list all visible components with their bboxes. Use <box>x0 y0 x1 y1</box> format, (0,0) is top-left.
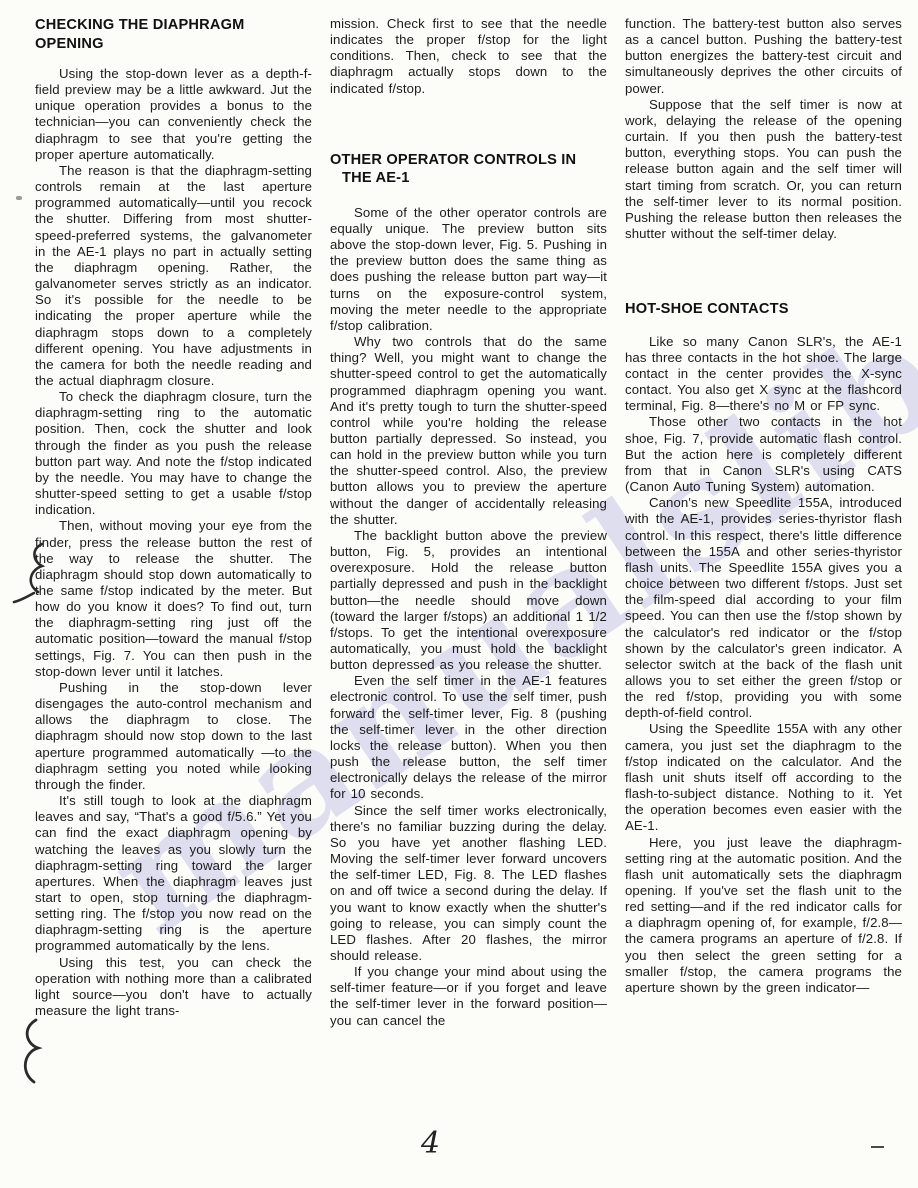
paragraph-continuation: mission. Check first to see that the nee… <box>330 16 607 97</box>
paragraph: It's still tough to look at the diaphrag… <box>35 793 312 955</box>
paragraph: Then, without moving your eye from the f… <box>35 518 312 680</box>
scan-dash-mark <box>871 1146 884 1148</box>
paragraph: Like so many Canon SLR's, the AE-1 has t… <box>625 334 902 415</box>
paragraph: If you change your mind about using the … <box>330 964 607 1029</box>
paragraph: Using the stop-down lever as a depth-f-f… <box>35 66 312 163</box>
text-columns: CHECKING THE DIAPHRAGM OPENING Using the… <box>35 16 902 1029</box>
scan-speck <box>16 196 22 200</box>
column-3: function. The battery-test button also s… <box>625 16 902 1029</box>
section-heading-checking-diaphragm: CHECKING THE DIAPHRAGM OPENING <box>35 16 312 53</box>
column-1: CHECKING THE DIAPHRAGM OPENING Using the… <box>35 16 312 1029</box>
paragraph: Using this test, you can check the opera… <box>35 955 312 1020</box>
paragraph: To check the diaphragm closure, turn the… <box>35 389 312 518</box>
scanned-manual-page: manualslib CHECKING THE DIAPHRAGM OPENIN… <box>0 0 918 1188</box>
paragraph-continuation: function. The battery-test button also s… <box>625 16 902 97</box>
paragraph: Even the self timer in the AE-1 features… <box>330 673 607 802</box>
paragraph: Using the Speedlite 155A with any other … <box>625 721 902 834</box>
paragraph: The reason is that the diaphragm-setting… <box>35 163 312 389</box>
paragraph: Those other two contacts in the hot shoe… <box>625 414 902 495</box>
paragraph: Canon's new Speedlite 155A, introduced w… <box>625 495 902 721</box>
paragraph: Why two controls that do the same thing?… <box>330 334 607 528</box>
paragraph: Some of the other operator controls are … <box>330 205 607 334</box>
paragraph: The backlight button above the preview b… <box>330 528 607 673</box>
section-heading-other-controls: OTHER OPERATOR CONTROLS IN THE AE-1 <box>330 151 607 188</box>
paragraph: Suppose that the self timer is now at wo… <box>625 97 902 242</box>
page-number: 4 <box>421 1126 440 1161</box>
paragraph: Since the self timer works electronicall… <box>330 803 607 965</box>
column-2: mission. Check first to see that the nee… <box>330 16 607 1029</box>
section-heading-hot-shoe: HOT-SHOE CONTACTS <box>625 300 902 319</box>
paragraph: Here, you just leave the diaphragm-setti… <box>625 835 902 997</box>
paragraph: Pushing in the stop-down lever disengage… <box>35 680 312 793</box>
